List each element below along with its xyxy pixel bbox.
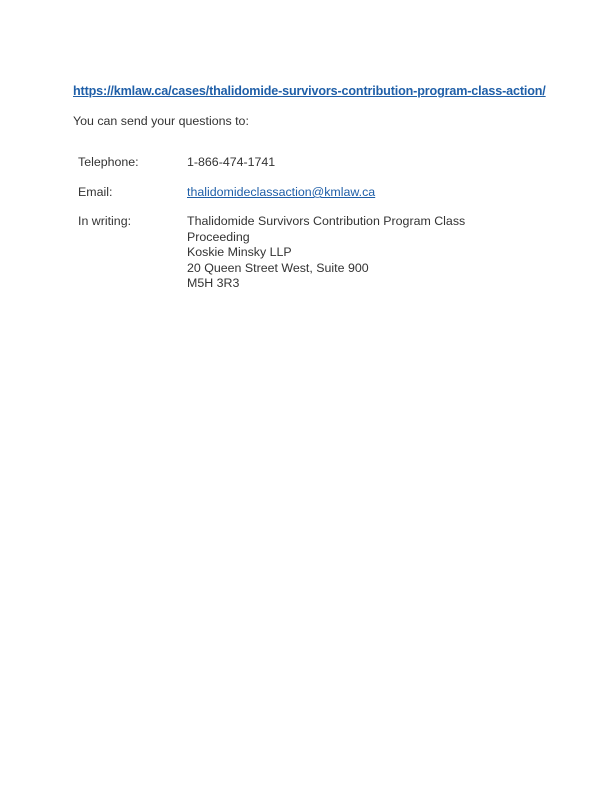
email-link[interactable]: thalidomideclassaction@kmlaw.ca bbox=[187, 185, 375, 199]
address-line: 20 Queen Street West, Suite 900 bbox=[187, 261, 465, 277]
address-line: Proceeding bbox=[187, 230, 465, 246]
telephone-value: 1-866-474-1741 bbox=[187, 155, 275, 171]
email-label: Email: bbox=[78, 185, 112, 201]
in-writing-label: In writing: bbox=[78, 214, 131, 230]
case-url-link[interactable]: https://kmlaw.ca/cases/thalidomide-survi… bbox=[73, 84, 546, 98]
document-page: https://kmlaw.ca/cases/thalidomide-survi… bbox=[0, 0, 614, 807]
mailing-address: Thalidomide Survivors Contribution Progr… bbox=[187, 214, 465, 292]
email-value-container: thalidomideclassaction@kmlaw.ca bbox=[187, 185, 375, 201]
address-line: Koskie Minsky LLP bbox=[187, 245, 465, 261]
telephone-label: Telephone: bbox=[78, 155, 139, 171]
address-line: Thalidomide Survivors Contribution Progr… bbox=[187, 214, 465, 230]
intro-text: You can send your questions to: bbox=[73, 114, 249, 128]
address-line: M5H 3R3 bbox=[187, 276, 465, 292]
